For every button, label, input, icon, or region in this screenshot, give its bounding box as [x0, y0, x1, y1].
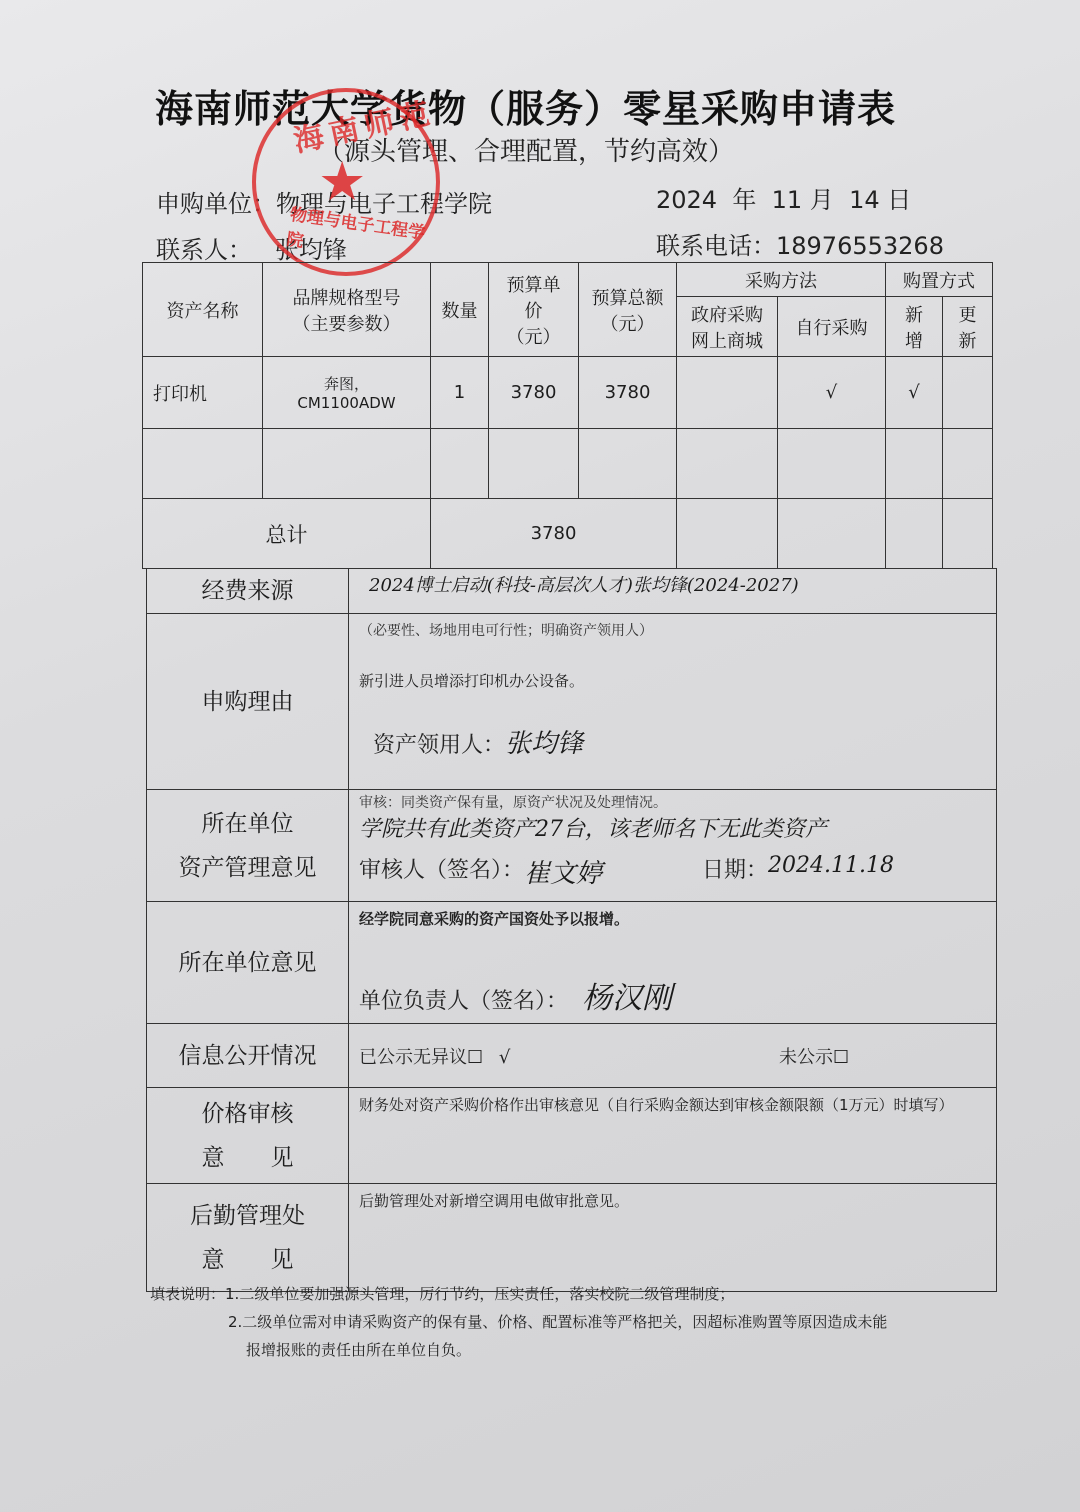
price-review-label-2: 意 见 — [147, 1136, 348, 1180]
header-brand-spec: 品牌规格型号（主要参数） — [263, 263, 431, 357]
approval-table: 经费来源 2024博士启动(科技-高层次人才)张均锋(2024-2027) 申购… — [146, 568, 997, 1292]
total-empty — [886, 499, 943, 569]
reviewer-label: 审核人（签名）： — [359, 853, 524, 890]
reason-label: 申购理由 — [147, 614, 349, 790]
reason-hint: （必要性、场地用电可行性；明确资产领用人） — [359, 620, 986, 640]
contact-person: 联系人： 张均锋 — [156, 230, 347, 265]
table-row — [143, 429, 993, 499]
total-empty — [943, 499, 993, 569]
cell-model: CM1100ADW — [263, 394, 430, 412]
header-unit-price: 预算单价（元） — [489, 263, 579, 357]
phone-value: 18976553268 — [776, 232, 944, 260]
table-row: 打印机 奔图，CM1100ADW 1 3780 3780 √ √ — [143, 357, 993, 429]
applicant-unit-label: 申购单位： — [156, 190, 276, 218]
asset-mgmt-row: 所在单位资产管理意见 审核：同类资产保有量，原资产状况及处理情况。 学院共有此类… — [147, 790, 997, 902]
form-subtitle: （源头管理、合理配置，节约高效） — [318, 131, 734, 168]
price-review-cell: 财务处对资产采购价格作出审核意见（自行采购金额达到审核金额限额（1万元）时填写） — [349, 1088, 997, 1184]
logistics-label-1: 后勤管理处 — [147, 1194, 348, 1238]
reviewer-signature: 崔文婷 — [524, 853, 602, 890]
form-title: 海南师范大学货物（服务）零星采购申请表 — [155, 78, 896, 133]
asset-table: 资产名称 品牌规格型号（主要参数） 数量 预算单价（元） 预算总额（元） 采购方… — [142, 262, 993, 569]
disclosure-label: 信息公开情况 — [147, 1024, 349, 1088]
asset-mgmt-cell: 审核：同类资产保有量，原资产状况及处理情况。 学院共有此类资产27台，该老师名下… — [349, 790, 997, 902]
recipient-signature: 张均锋 — [505, 729, 583, 759]
cell-quantity — [431, 429, 489, 499]
cell-unit-price — [489, 429, 579, 499]
cell-total: 3780 — [579, 357, 677, 429]
note-item-2a: 2.二级单位需对申请采购资产的保有量、价格、配置标准等严格把关，因超标准购置等原… — [150, 1308, 887, 1336]
total-value: 3780 — [431, 499, 677, 569]
contact-value: 张均锋 — [275, 236, 347, 264]
cell-brand-spec — [263, 429, 431, 499]
cell-method-self — [778, 429, 886, 499]
header-brand-spec-sub: （主要参数） — [263, 310, 430, 336]
note-item-2b: 报增报账的责任由所在单位自负。 — [150, 1336, 887, 1364]
cell-brand-spec: 奔图，CM1100ADW — [263, 357, 431, 429]
asset-mgmt-hint: 审核：同类资产保有量，原资产状况及处理情况。 — [359, 792, 986, 812]
disclosed-option: 已公示无异议☐ — [359, 1047, 483, 1068]
header-type-renew: 更新 — [943, 297, 993, 357]
reason-cell: （必要性、场地用电可行性；明确资产领用人） 新引进人员增添打印机办公设备。 资产… — [349, 614, 997, 790]
header-unit-price-unit: （元） — [489, 323, 578, 349]
asset-mgmt-label: 所在单位资产管理意见 — [147, 790, 349, 902]
disclosure-row: 信息公开情况 已公示无异议☐ √ 未公示☐ — [147, 1024, 997, 1088]
total-empty — [778, 499, 886, 569]
price-review-label: 价格审核意 见 — [147, 1088, 349, 1184]
header-method-self: 自行采购 — [778, 297, 886, 357]
notes-prefix: 填表说明： — [150, 1285, 225, 1303]
recipient-line: 资产领用人：张均锋 — [359, 723, 986, 760]
header-method-gov: 政府采购网上商城 — [677, 297, 778, 357]
funding-label: 经费来源 — [147, 569, 349, 614]
logistics-cell: 后勤管理处对新增空调用电做审批意见。 — [349, 1184, 997, 1292]
header-total-budget: 预算总额（元） — [579, 263, 677, 357]
logistics-label-2: 意 见 — [147, 1238, 348, 1282]
review-date: 2024.11.18 — [768, 853, 894, 890]
applicant-unit: 申购单位：物理与电子工程学院 — [156, 184, 492, 219]
reviewer-line: 审核人（签名）：崔文婷 日期：2024.11.18 — [359, 853, 986, 890]
cell-method-gov — [677, 357, 778, 429]
header-purchase-method: 采购方法 — [677, 263, 886, 297]
procurement-form-page: 海南师范大学货物（服务）零星采购申请表 （源头管理、合理配置，节约高效） 申购单… — [0, 0, 1080, 1512]
date-month-suffix: 月 — [810, 186, 834, 214]
note-item-1: 填表说明：1.二级单位要加强源头管理，厉行节约，压实责任，落实校院二级管理制度； — [150, 1280, 887, 1308]
price-review-label-1: 价格审核 — [147, 1092, 348, 1136]
date-day: 14 — [849, 186, 880, 214]
recipient-label: 资产领用人： — [373, 733, 505, 758]
unit-head-label: 单位负责人（签名）： — [359, 989, 568, 1014]
unit-opinion-cell: 经学院同意采购的资产国资处予以报增。 单位负责人（签名）：杨汉刚 — [349, 902, 997, 1024]
price-review-hint: 财务处对资产采购价格作出审核意见（自行采购金额达到审核金额限额（1万元）时填写） — [359, 1094, 986, 1115]
total-empty — [677, 499, 778, 569]
cell-total — [579, 429, 677, 499]
logistics-hint: 后勤管理处对新增空调用电做审批意见。 — [359, 1190, 986, 1211]
note-1-text: 1.二级单位要加强源头管理，厉行节约，压实责任，落实校院二级管理制度； — [225, 1285, 734, 1303]
cell-method-gov — [677, 429, 778, 499]
unit-head-signature: 杨汉刚 — [582, 981, 672, 1016]
cell-asset-name: 打印机 — [143, 357, 263, 429]
header-total-budget-unit: （元） — [579, 310, 676, 336]
unit-head-line: 单位负责人（签名）：杨汉刚 — [359, 973, 986, 1017]
cell-type-new: √ — [886, 357, 943, 429]
header-brand-spec-main: 品牌规格型号 — [263, 284, 430, 310]
date-year: 2024 — [656, 186, 717, 214]
cell-type-new — [886, 429, 943, 499]
total-row: 总计 3780 — [143, 499, 993, 569]
form-notes: 填表说明：1.二级单位要加强源头管理，厉行节约，压实责任，落实校院二级管理制度；… — [150, 1280, 887, 1364]
header-unit-price-main: 预算单价 — [489, 271, 578, 323]
header-type-new: 新增 — [886, 297, 943, 357]
cell-type-renew — [943, 357, 993, 429]
price-review-row: 价格审核意 见 财务处对资产采购价格作出审核意见（自行采购金额达到审核金额限额（… — [147, 1088, 997, 1184]
reason-row: 申购理由 （必要性、场地用电可行性；明确资产领用人） 新引进人员增添打印机办公设… — [147, 614, 997, 790]
date-year-suffix: 年 — [732, 186, 756, 214]
header-quantity: 数量 — [431, 263, 489, 357]
total-label: 总计 — [143, 499, 431, 569]
unit-opinion-text: 经学院同意采购的资产国资处予以报增。 — [359, 908, 986, 929]
disclosure-cell: 已公示无异议☐ √ 未公示☐ — [349, 1024, 997, 1088]
date-month: 11 — [772, 186, 803, 214]
cell-asset-name — [143, 429, 263, 499]
logistics-label: 后勤管理处意 见 — [147, 1184, 349, 1292]
cell-method-self: √ — [778, 357, 886, 429]
asset-mgmt-label-1: 所在单位 — [147, 802, 348, 846]
header-total-budget-main: 预算总额 — [579, 284, 676, 310]
unit-opinion-row: 所在单位意见 经学院同意采购的资产国资处予以报增。 单位负责人（签名）：杨汉刚 — [147, 902, 997, 1024]
applicant-unit-value: 物理与电子工程学院 — [276, 190, 492, 218]
contact-phone: 联系电话：18976553268 — [656, 226, 944, 261]
not-disclosed-option: 未公示☐ — [779, 1043, 849, 1069]
cell-quantity: 1 — [431, 357, 489, 429]
application-date: 2024 年 11 月 14 日 — [656, 180, 911, 215]
phone-label: 联系电话： — [656, 232, 776, 260]
asset-mgmt-label-2: 资产管理意见 — [147, 846, 348, 890]
review-date-label: 日期： — [702, 853, 768, 890]
contact-label: 联系人： — [156, 236, 252, 264]
asset-mgmt-text: 学院共有此类资产27台，该老师名下无此类资产 — [359, 812, 986, 843]
cell-type-renew — [943, 429, 993, 499]
unit-opinion-label: 所在单位意见 — [147, 902, 349, 1024]
cell-unit-price: 3780 — [489, 357, 579, 429]
logistics-row: 后勤管理处意 见 后勤管理处对新增空调用电做审批意见。 — [147, 1184, 997, 1292]
funding-value: 2024博士启动(科技-高层次人才)张均锋(2024-2027) — [349, 569, 997, 614]
header-purchase-type: 购置方式 — [886, 263, 993, 297]
date-day-suffix: 日 — [887, 186, 911, 214]
funding-row: 经费来源 2024博士启动(科技-高层次人才)张均锋(2024-2027) — [147, 569, 997, 614]
cell-brand: 奔图， — [263, 373, 430, 394]
disclosed-checkmark: √ — [499, 1047, 510, 1068]
reason-text: 新引进人员增添打印机办公设备。 — [359, 670, 986, 691]
header-asset-name: 资产名称 — [143, 263, 263, 357]
